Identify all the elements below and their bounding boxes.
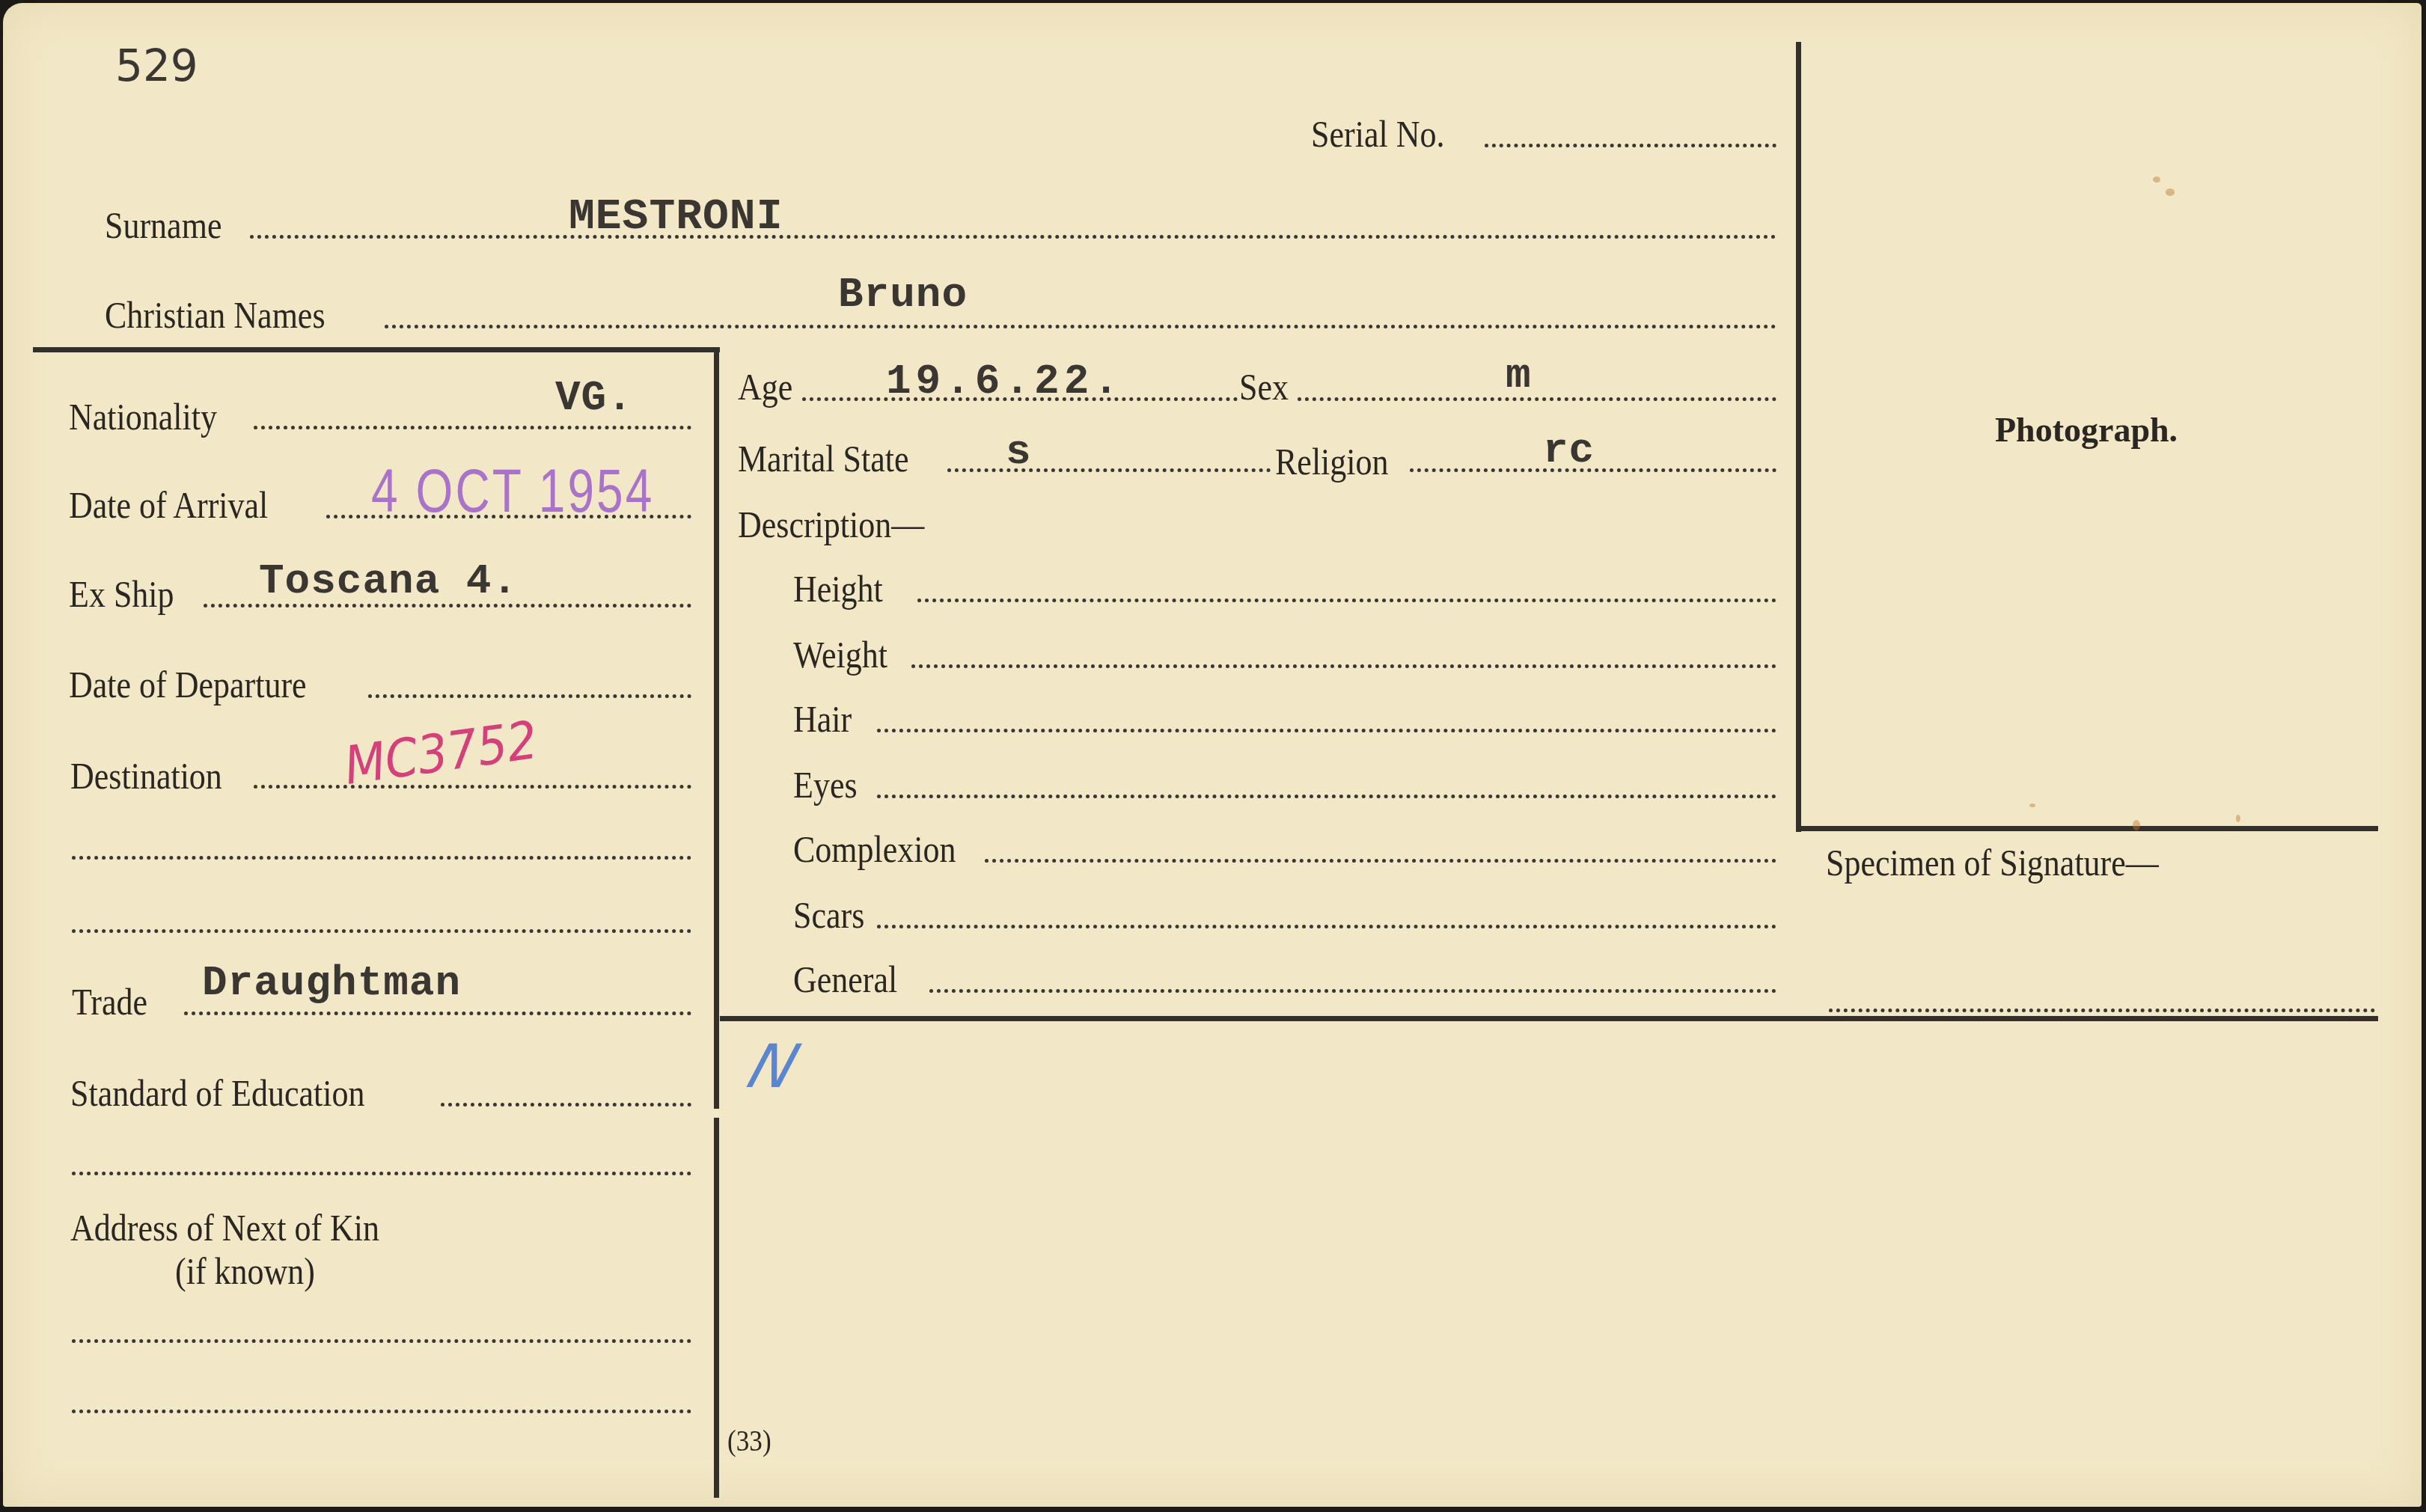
weight-label: Weight (793, 636, 887, 673)
date-of-departure-label: Date of Departure (69, 666, 307, 703)
surname-value: MESTRONI (569, 196, 783, 239)
description-bottom-rule (720, 1016, 2378, 1021)
signature-field[interactable] (1829, 1008, 2375, 1012)
nationality-field[interactable] (254, 426, 691, 429)
date-of-departure-field[interactable] (368, 694, 691, 698)
signature-label: Specimen of Signature— (1826, 844, 2159, 881)
height-field[interactable] (917, 599, 1776, 602)
sex-field[interactable] (1298, 397, 1776, 401)
nationality-label: Nationality (69, 398, 217, 435)
hair-field[interactable] (877, 729, 1776, 732)
height-label: Height (793, 570, 883, 607)
destination-field[interactable] (254, 785, 691, 789)
religion-value: rc (1543, 429, 1595, 471)
column-divider-lower (714, 1118, 719, 1498)
trade-value: Draughtman (202, 962, 461, 1004)
destination-label: Destination (70, 757, 222, 795)
christian-names-field[interactable] (385, 325, 1776, 328)
religion-label: Religion (1275, 443, 1389, 480)
marital-state-value: s (1006, 431, 1032, 473)
marital-state-field[interactable] (947, 468, 1271, 472)
destination-handwritten-value: MC3752 (341, 714, 540, 792)
registration-card: 529 Serial No. Surname MESTRONI Christia… (3, 3, 2422, 1507)
complexion-field[interactable] (985, 859, 1776, 863)
left-section-top-rule (33, 347, 720, 352)
standard-of-education-label: Standard of Education (70, 1074, 364, 1112)
complexion-label: Complexion (793, 830, 956, 868)
arrival-date-stamp: 4 OCT 1954 (371, 461, 654, 522)
next-of-kin-sublabel: (if known) (175, 1252, 315, 1290)
foxing-stain (2153, 177, 2160, 183)
education-extra-line[interactable] (72, 1172, 691, 1175)
christian-names-label: Christian Names (105, 296, 326, 334)
general-field[interactable] (929, 989, 1776, 993)
trade-label: Trade (72, 983, 147, 1020)
nationality-value: VG. (555, 377, 633, 419)
foxing-stain (2236, 815, 2240, 822)
destination-extra-line-2[interactable] (72, 929, 691, 933)
surname-label: Surname (105, 206, 221, 244)
card-number: 529 (115, 44, 198, 88)
trade-field[interactable] (184, 1011, 691, 1015)
general-label: General (793, 961, 897, 998)
photo-box-bottom-border (1796, 826, 2378, 831)
foxing-stain (2029, 804, 2035, 807)
sex-value: m (1506, 355, 1532, 397)
age-value: 19.6.22. (886, 361, 1123, 403)
next-of-kin-label: Address of Next of Kin (70, 1209, 379, 1246)
handwritten-annotation: N (742, 1037, 806, 1097)
scars-label: Scars (793, 896, 864, 934)
next-of-kin-line-2[interactable] (72, 1410, 691, 1413)
serial-no-label: Serial No. (1311, 115, 1444, 153)
surname-field[interactable] (250, 235, 1776, 239)
age-label: Age (738, 368, 792, 405)
ex-ship-value: Toscana 4. (259, 560, 518, 602)
scars-field[interactable] (877, 925, 1776, 928)
weight-field[interactable] (911, 664, 1776, 668)
photo-box-left-border (1796, 42, 1801, 832)
christian-names-value: Bruno (838, 274, 968, 316)
destination-extra-line-1[interactable] (72, 856, 691, 860)
marital-state-label: Marital State (738, 440, 908, 477)
foxing-stain (2166, 189, 2175, 196)
foxing-stain (2133, 820, 2140, 830)
hair-label: Hair (793, 700, 852, 738)
column-divider-upper (714, 347, 719, 1109)
standard-of-education-field[interactable] (441, 1103, 691, 1107)
eyes-field[interactable] (877, 795, 1776, 798)
serial-no-field[interactable] (1485, 144, 1776, 147)
ex-ship-label: Ex Ship (69, 575, 174, 613)
sex-label: Sex (1239, 368, 1289, 405)
eyes-label: Eyes (793, 766, 858, 804)
photograph-area[interactable] (1801, 48, 2374, 826)
next-of-kin-line-1[interactable] (72, 1339, 691, 1343)
form-code: (33) (727, 1426, 772, 1456)
description-label: Description— (738, 506, 924, 543)
date-of-arrival-label: Date of Arrival (69, 486, 268, 524)
